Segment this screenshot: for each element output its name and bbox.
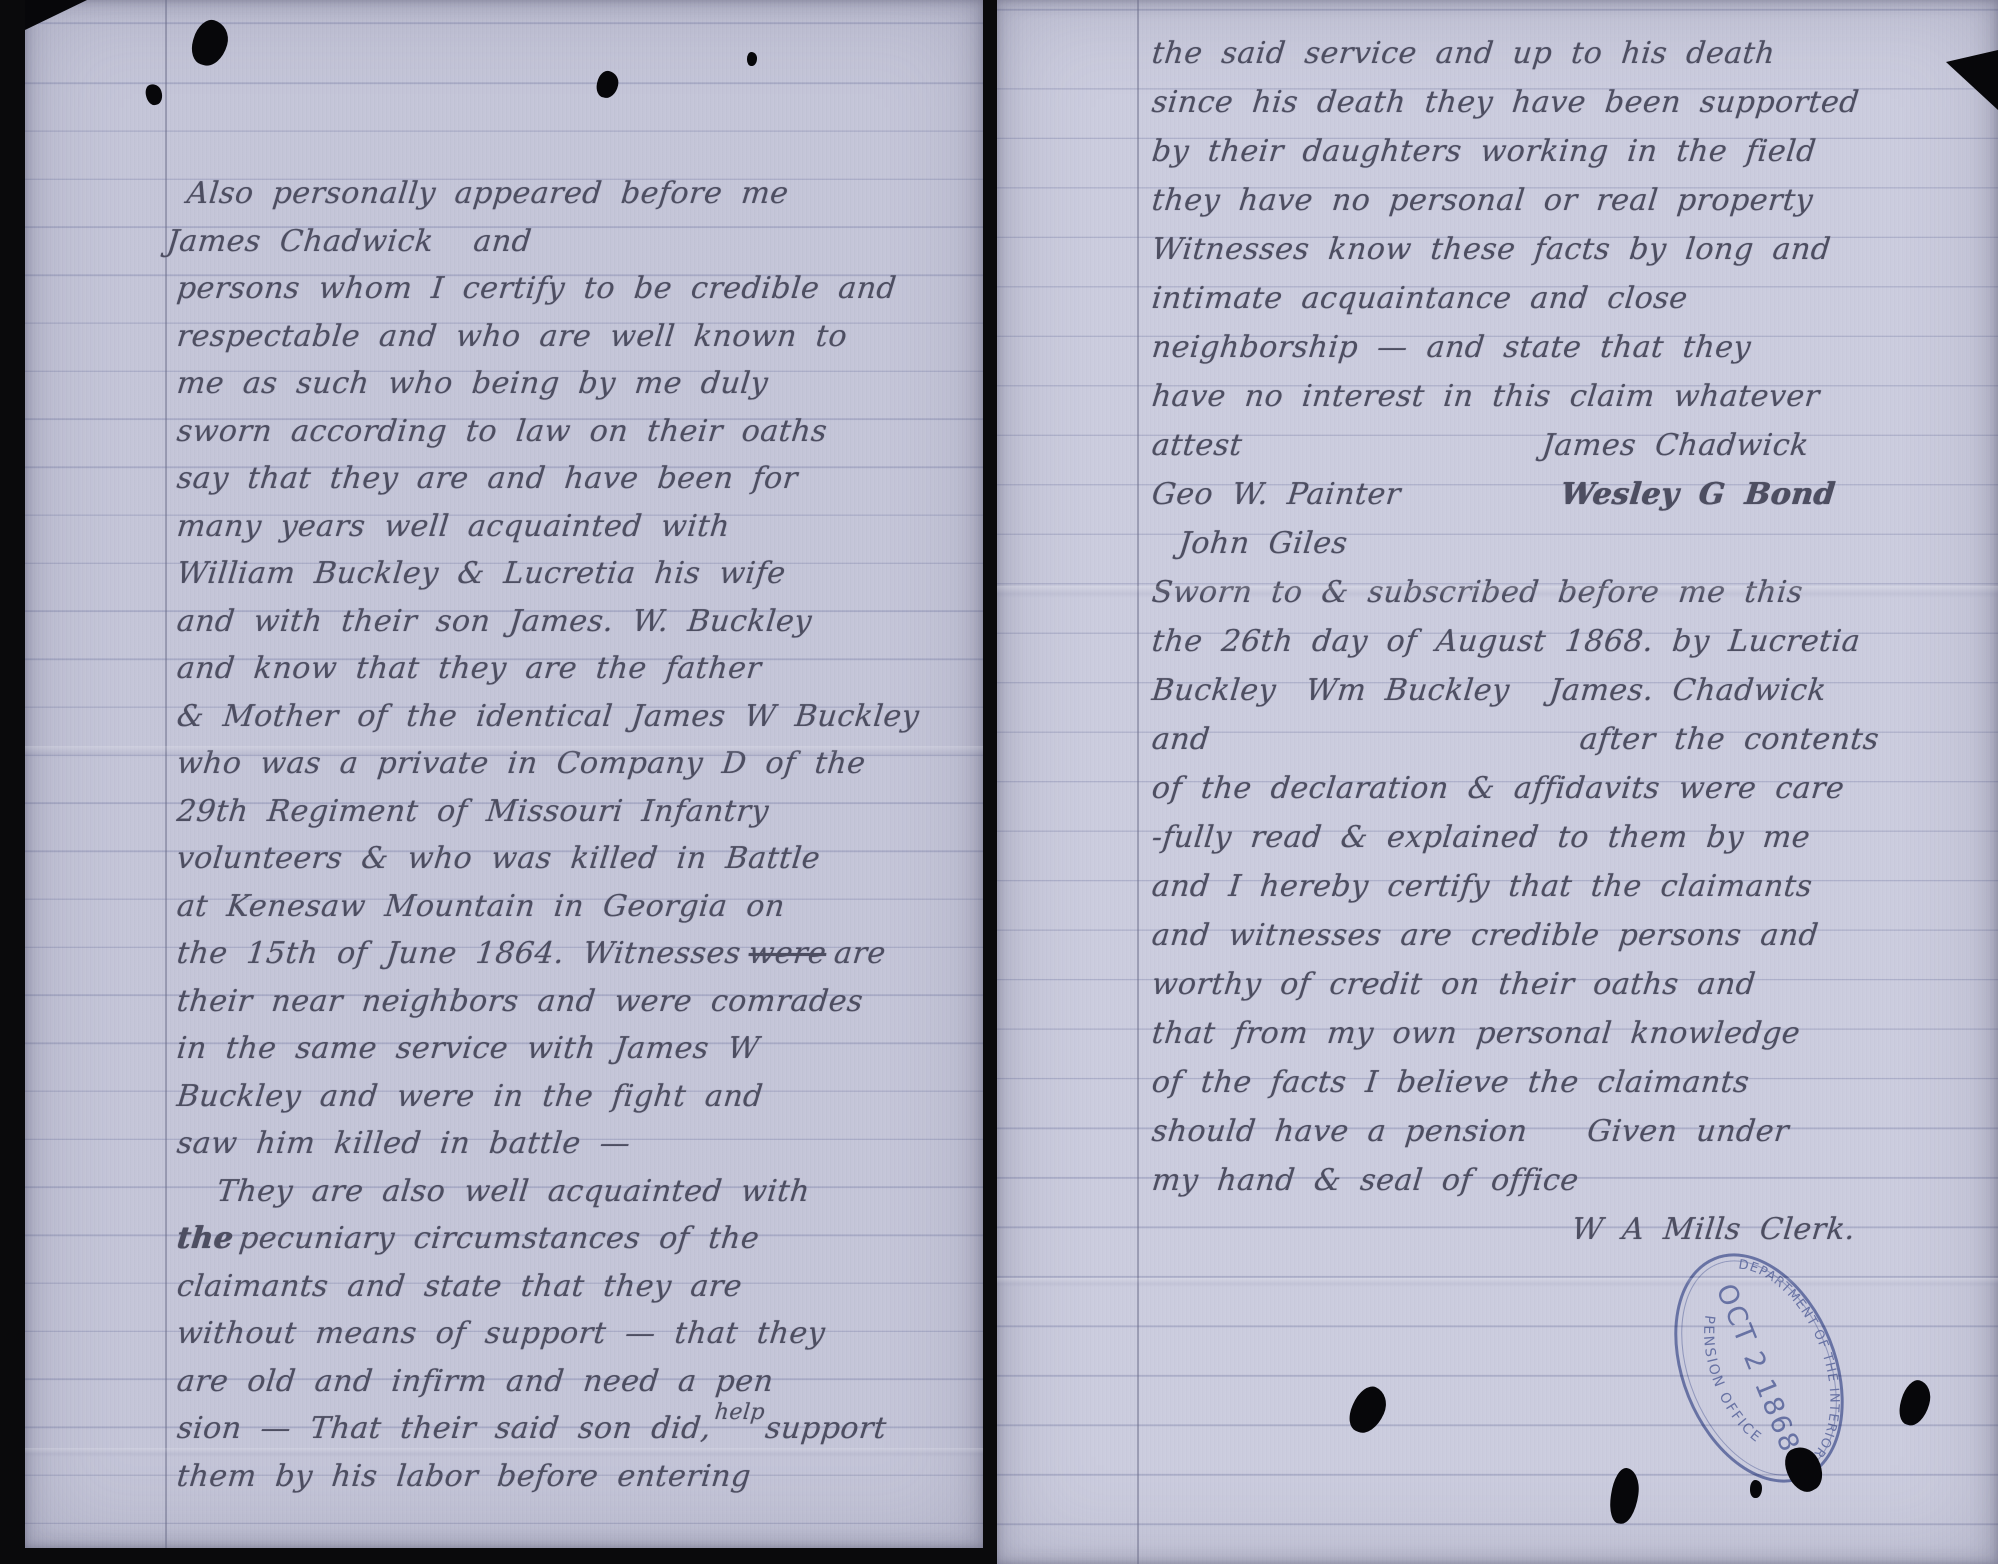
handwritten-line: without means of support — that they: [175, 1316, 827, 1352]
handwriting-segment: worthy of credit on their oaths and: [1150, 967, 1757, 1003]
handwritten-line: respectable and who are well known to: [175, 319, 849, 355]
handwritten-line: John Giles: [1177, 526, 1349, 562]
handwriting-segment: say that they are and have been for: [175, 461, 800, 497]
handwriting-segment: and know that they are the father: [175, 651, 763, 687]
handwritten-line: they have no personal or real property: [1150, 183, 1815, 219]
handwritten-line: by their daughters working in the field: [1150, 134, 1818, 170]
handwriting-segment: Also personally appeared before me: [185, 176, 790, 212]
handwriting-segment: the said service and up to his death: [1150, 36, 1777, 72]
handwritten-line: Sworn to & subscribed before me this: [1150, 575, 1805, 611]
handwritten-line: They are also well acquainted with: [215, 1174, 812, 1210]
handwriting-segment: Given under: [1585, 1114, 1790, 1150]
handwriting-segment: were: [747, 936, 828, 972]
handwriting-segment: in the same service with James W: [175, 1031, 761, 1067]
handwritten-line: neighborship — and state that they: [1150, 330, 1753, 366]
handwriting-segment: support: [763, 1411, 888, 1447]
handwriting-segment: sworn according to law on their oaths: [175, 414, 829, 450]
handwriting-segment: sion — That their said son did,: [175, 1411, 713, 1447]
handwriting-segment: Buckley and were in the fight and: [175, 1079, 765, 1115]
handwriting-segment: William Buckley & Lucretia his wife: [175, 556, 787, 592]
handwritten-line: intimate acquaintance and close: [1150, 281, 1689, 317]
handwriting-segment: pecuniary circumstances of the: [237, 1221, 761, 1257]
handwritten-line: should have a pensionGiven under: [1150, 1114, 1791, 1150]
handwritten-line: Witnesses know these facts by long and: [1150, 232, 1832, 268]
handwritten-line: that from my own personal knowledge: [1150, 1016, 1802, 1052]
handwriting-segment: persons whom I certify to be credible an…: [175, 271, 898, 307]
handwriting-segment: their near neighbors and were comrades: [175, 984, 865, 1020]
handwritten-line: at Kenesaw Mountain in Georgia on: [175, 889, 787, 925]
left-page-scan: Also personally appeared before meJames …: [25, 0, 983, 1548]
handwritten-line: many years well acquainted with: [175, 509, 732, 545]
handwritten-line: Also personally appeared before me: [185, 176, 790, 212]
handwritten-line: -fully read & explained to them by me: [1150, 820, 1812, 856]
handwritten-line: volunteers & who was killed in Battle: [175, 841, 822, 877]
handwriting-segment: the: [175, 1221, 235, 1257]
handwritten-line: William Buckley & Lucretia his wife: [175, 556, 787, 592]
handwritten-line: of the facts I believe the claimants: [1150, 1065, 1751, 1101]
handwriting-segment: of the facts I believe the claimants: [1150, 1065, 1751, 1101]
handwritten-line: of the declaration & affidavits were car…: [1150, 771, 1846, 807]
handwritten-line: & Mother of the identical James W Buckle…: [175, 699, 921, 735]
handwritten-line: and I hereby certify that the claimants: [1150, 869, 1814, 905]
handwriting-segment: my hand & seal of office: [1150, 1163, 1581, 1199]
handwritten-line: Buckley and were in the fight and: [175, 1079, 765, 1115]
handwritten-line: BuckleyWm BuckleyJames. Chadwick: [1150, 673, 1828, 709]
handwritten-line: and witnesses are credible persons and: [1150, 918, 1820, 954]
handwritten-line: and know that they are the father: [175, 651, 763, 687]
handwritten-line: their near neighbors and were comrades: [175, 984, 865, 1020]
handwriting-segment: have no interest in this claim whatever: [1150, 379, 1821, 415]
handwriting-segment: James Chadwick: [165, 224, 435, 260]
handwriting-segment: the 26th day of August 1868. by Lucretia: [1150, 624, 1862, 660]
handwriting-segment: them by his labor before entering: [175, 1459, 753, 1495]
handwriting-segment: help: [713, 1395, 767, 1431]
handwriting-segment: the 15th of June 1864. Witnesses: [175, 936, 743, 972]
left-page-text: Also personally appeared before meJames …: [25, 0, 983, 1548]
handwriting-segment: Witnesses know these facts by long and: [1150, 232, 1832, 268]
handwriting-segment: and: [1150, 722, 1212, 758]
handwritten-line: have no interest in this claim whatever: [1150, 379, 1821, 415]
handwriting-segment: should have a pension: [1150, 1114, 1529, 1150]
handwritten-line: are old and infirm and need a pen: [175, 1364, 775, 1400]
handwriting-segment: after the contents: [1578, 722, 1881, 758]
handwriting-segment: many years well acquainted with: [175, 509, 732, 545]
handwriting-segment: 29th Regiment of Missouri Infantry: [175, 794, 771, 830]
handwriting-segment: who was a private in Company D of the: [175, 746, 867, 782]
handwritten-line: sworn according to law on their oaths: [175, 414, 829, 450]
handwriting-segment: intimate acquaintance and close: [1150, 281, 1689, 317]
pension-office-stamp: DEPARTMENT OF THE INTERIOR PENSION OFFIC…: [1629, 1238, 1889, 1498]
handwritten-line: them by his labor before entering: [175, 1459, 753, 1495]
handwriting-segment: neighborship — and state that they: [1150, 330, 1753, 366]
handwriting-segment: at Kenesaw Mountain in Georgia on: [175, 889, 787, 925]
handwritten-line: persons whom I certify to be credible an…: [175, 271, 898, 307]
handwritten-line: James Chadwickand: [165, 224, 533, 260]
handwriting-segment: saw him killed in battle —: [175, 1126, 632, 1162]
handwriting-segment: volunteers & who was killed in Battle: [175, 841, 822, 877]
handwriting-segment: & Mother of the identical James W Buckle…: [175, 699, 921, 735]
handwriting-segment: are old and infirm and need a pen: [175, 1364, 775, 1400]
handwritten-line: say that they are and have been for: [175, 461, 800, 497]
handwriting-segment: and with their son James. W. Buckley: [175, 604, 814, 640]
handwritten-line: andafter the contents: [1150, 722, 1881, 758]
handwriting-segment: claimants and state that they are: [175, 1269, 744, 1305]
handwriting-segment: by their daughters working in the field: [1150, 134, 1818, 170]
handwritten-line: since his death they have been supported: [1150, 85, 1861, 121]
handwritten-line: the 26th day of August 1868. by Lucretia: [1150, 624, 1862, 660]
handwriting-segment: of the declaration & affidavits were car…: [1150, 771, 1846, 807]
handwriting-segment: Wesley G Bond: [1559, 477, 1837, 513]
handwritten-line: me as such who being by me duly: [175, 366, 770, 402]
handwritten-line: the said service and up to his death: [1150, 36, 1777, 72]
handwritten-line: worthy of credit on their oaths and: [1150, 967, 1757, 1003]
handwritten-line: my hand & seal of office: [1150, 1163, 1581, 1199]
handwriting-segment: and witnesses are credible persons and: [1150, 918, 1820, 954]
handwritten-line: 29th Regiment of Missouri Infantry: [175, 794, 771, 830]
handwriting-segment: respectable and who are well known to: [175, 319, 849, 355]
right-page-scan: the said service and up to his deathsinc…: [997, 0, 1998, 1564]
handwritten-line: the 15th of June 1864. Witnesseswereare: [175, 936, 888, 972]
handwriting-segment: they have no personal or real property: [1150, 183, 1815, 219]
handwriting-segment: Buckley: [1150, 673, 1278, 709]
handwritten-line: who was a private in Company D of the: [175, 746, 867, 782]
handwriting-segment: and: [472, 224, 534, 260]
handwriting-segment: attest: [1150, 428, 1244, 464]
scanned-document: Also personally appeared before meJames …: [0, 0, 1998, 1564]
handwriting-segment: are: [832, 936, 887, 972]
handwritten-line: sion — That their said son did,helpsuppo…: [175, 1411, 888, 1450]
handwriting-segment: that from my own personal knowledge: [1150, 1016, 1802, 1052]
handwritten-line: and with their son James. W. Buckley: [175, 604, 814, 640]
handwriting-segment: They are also well acquainted with: [215, 1174, 812, 1210]
handwritten-line: in the same service with James W: [175, 1031, 761, 1067]
handwriting-segment: me as such who being by me duly: [175, 366, 770, 402]
handwriting-segment: James. Chadwick: [1548, 673, 1828, 709]
handwritten-line: saw him killed in battle —: [175, 1126, 632, 1162]
handwriting-segment: Wm Buckley: [1304, 673, 1511, 709]
handwriting-segment: without means of support — that they: [175, 1316, 827, 1352]
handwriting-segment: Geo W. Painter: [1150, 477, 1403, 513]
handwriting-segment: Sworn to & subscribed before me this: [1150, 575, 1805, 611]
handwriting-segment: and I hereby certify that the claimants: [1150, 869, 1814, 905]
handwriting-segment: John Giles: [1177, 526, 1349, 562]
handwriting-segment: James Chadwick: [1540, 428, 1810, 464]
handwritten-line: Geo W. PainterWesley G Bond: [1150, 477, 1837, 513]
stamp-oval-group: DEPARTMENT OF THE INTERIOR PENSION OFFIC…: [1644, 1238, 1873, 1498]
handwritten-line: claimants and state that they are: [175, 1269, 744, 1305]
handwriting-segment: -fully read & explained to them by me: [1150, 820, 1812, 856]
handwritten-line: thepecuniary circumstances of the: [175, 1221, 761, 1257]
handwritten-line: attestJames Chadwick: [1150, 428, 1811, 464]
handwriting-segment: since his death they have been supported: [1150, 85, 1861, 121]
